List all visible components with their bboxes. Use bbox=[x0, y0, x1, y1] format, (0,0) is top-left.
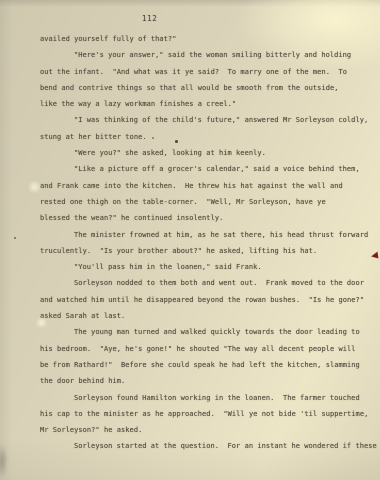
red-pen-mark bbox=[371, 252, 379, 260]
text-line: Sorleyson nodded to them both and went o… bbox=[40, 275, 378, 291]
text-line: "I was thinking of the child's future," … bbox=[40, 112, 378, 128]
text-line: like the way a lazy workman finishes a c… bbox=[40, 96, 378, 112]
text-line: out the infant. "And what was it ye said… bbox=[40, 64, 378, 80]
typewritten-page: 112 availed yourself fully of that?""Her… bbox=[0, 0, 380, 480]
corner-smudge bbox=[0, 444, 8, 478]
text-line: availed yourself fully of that?" bbox=[40, 31, 378, 47]
text-line: asked Sarah at last. bbox=[40, 308, 378, 324]
text-line: Sorleyson started at the question. For a… bbox=[40, 438, 378, 454]
paper-flaw bbox=[27, 181, 42, 193]
text-line: his cap to the minister as he approached… bbox=[40, 406, 378, 422]
text-line: bend and contrive things so that all wou… bbox=[40, 80, 378, 96]
text-line: and watched him until he disappeared bey… bbox=[40, 292, 378, 308]
ink-speck bbox=[175, 140, 178, 143]
text-line: "You'll pass him in the loanen," said Fr… bbox=[40, 259, 378, 275]
text-line: "Like a picture off a grocer's calendar,… bbox=[40, 161, 378, 177]
text-line: and Frank came into the kitchen. He thre… bbox=[40, 178, 378, 194]
text-line: Mr Sorleyson?" he asked. bbox=[40, 422, 378, 438]
text-line: Sorleyson found Hamilton working in the … bbox=[40, 390, 378, 406]
text-line: The minister frowned at him, as he sat t… bbox=[40, 227, 378, 243]
ink-speck bbox=[14, 237, 16, 239]
text-line: blessed the wean?" he continued insolent… bbox=[40, 210, 378, 226]
ink-speck bbox=[152, 137, 154, 139]
text-line: the door behind him. bbox=[40, 373, 378, 389]
text-line: truculently. "Is your brother about?" he… bbox=[40, 243, 378, 259]
text-line: rested one thigh on the table-corner. "W… bbox=[40, 194, 378, 210]
text-line: stung at her bitter tone. bbox=[40, 129, 378, 145]
text-line: his bedroom. "Aye, he's gone!" he shoute… bbox=[40, 341, 378, 357]
text-line: The young man turned and walked quickly … bbox=[40, 324, 378, 340]
paper-flaw bbox=[35, 317, 48, 328]
text-line: "Were you?" she asked, looking at him ke… bbox=[40, 145, 378, 161]
text-line: be from Rathard!" Before she could speak… bbox=[40, 357, 378, 373]
page-number: 112 bbox=[142, 14, 157, 23]
text-line: "Here's your answer," said the woman smi… bbox=[40, 47, 378, 63]
page-text: availed yourself fully of that?""Here's … bbox=[40, 31, 378, 455]
